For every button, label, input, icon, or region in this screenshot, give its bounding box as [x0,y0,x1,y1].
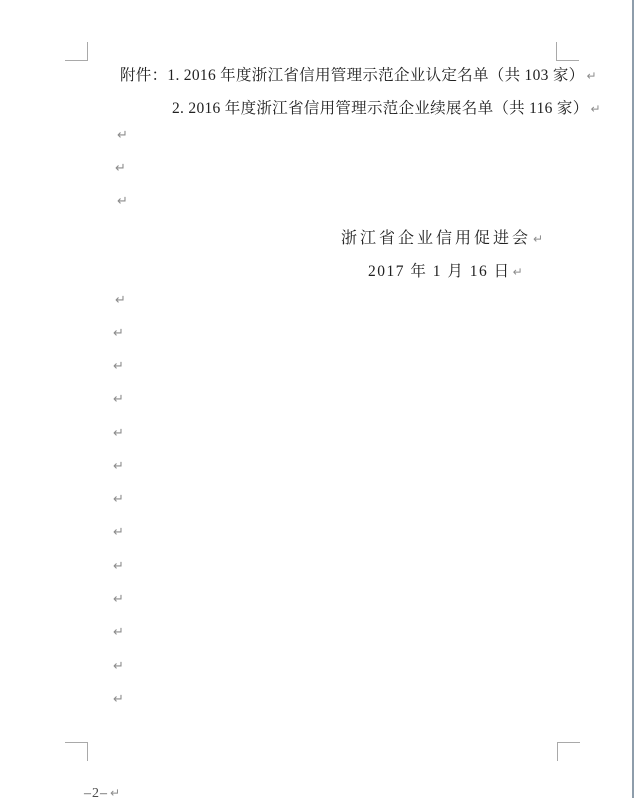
paragraph-mark-icon: ↵ [113,326,124,342]
document-page: 附件：1. 2016 年度浙江省信用管理示范企业认定名单（共 103 家）↵ 2… [0,0,638,798]
crop-mark-bottom-left-icon [65,742,88,761]
page-number-text: –2– [84,786,108,798]
footer-page-number: –2–↵ [84,786,120,798]
paragraph-mark-icon: ↵ [113,659,124,675]
paragraph-mark-icon: ↵ [113,592,124,608]
paragraph-mark-icon: ↵ [113,559,124,575]
signature-organization-line: 浙江省企业信用促进会↵ [341,229,543,249]
paragraph-mark-icon: ↵ [113,426,124,442]
paragraph-mark-icon: ↵ [117,194,128,210]
paragraph-mark-icon: ↵ [113,692,124,708]
crop-mark-top-left-icon [65,42,88,61]
paragraph-mark-icon: ↵ [113,459,124,475]
page-edge-line [632,0,634,798]
paragraph-mark-icon: ↵ [110,786,120,798]
attachment-line-2-text: 2. 2016 年度浙江省信用管理示范企业续展名单（共 116 家） [172,100,589,117]
paragraph-mark-icon: ↵ [113,525,124,541]
signature-date-text: 2017 年 1 月 16 日 [368,263,511,280]
attachment-line-2: 2. 2016 年度浙江省信用管理示范企业续展名单（共 116 家）↵ [172,99,601,119]
paragraph-mark-icon: ↵ [591,102,601,116]
paragraph-mark-icon: ↵ [113,492,124,508]
paragraph-mark-icon: ↵ [533,232,543,246]
paragraph-mark-icon: ↵ [113,359,124,375]
signature-date-line: 2017 年 1 月 16 日↵ [368,262,523,282]
attachment-line-1: 附件：1. 2016 年度浙江省信用管理示范企业认定名单（共 103 家）↵ [120,66,597,86]
paragraph-mark-icon: ↵ [513,265,523,279]
attachment-line-1-text: 附件：1. 2016 年度浙江省信用管理示范企业认定名单（共 103 家） [120,67,584,84]
signature-organization-text: 浙江省企业信用促进会 [341,230,531,247]
paragraph-mark-icon: ↵ [113,392,124,408]
paragraph-mark-icon: ↵ [113,625,124,641]
paragraph-mark-icon: ↵ [115,293,126,309]
paragraph-mark-icon: ↵ [117,128,128,144]
paragraph-mark-icon: ↵ [586,69,596,83]
crop-mark-top-right-icon [556,42,579,61]
crop-mark-bottom-right-icon [557,742,580,761]
paragraph-mark-icon: ↵ [115,161,126,177]
